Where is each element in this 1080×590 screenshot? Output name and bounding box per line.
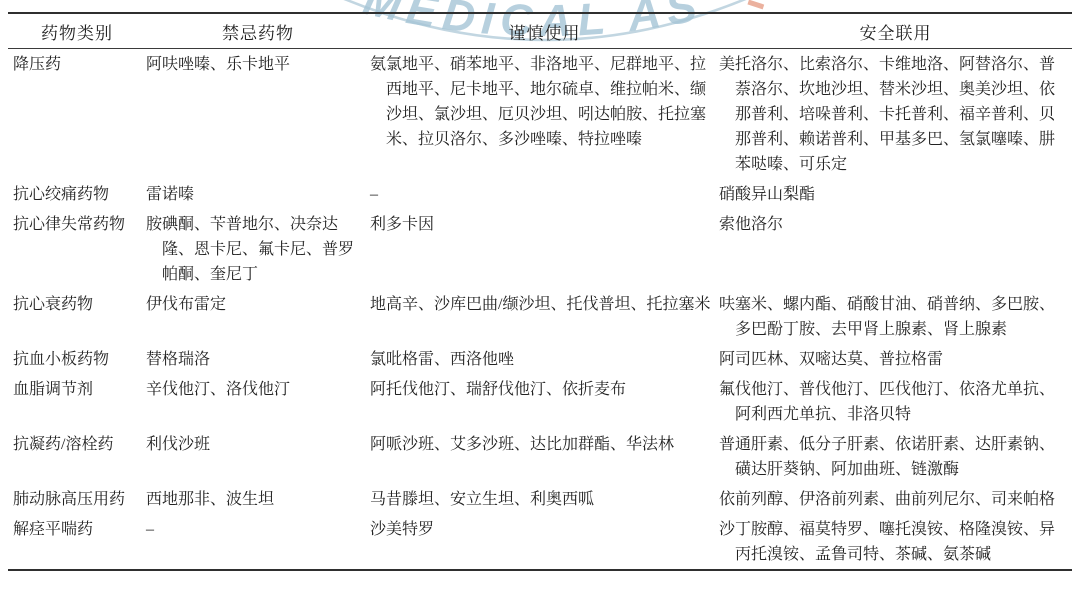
column-header-safe: 安全联用 xyxy=(719,13,1072,49)
column-header-caution: 谨慎使用 xyxy=(370,13,719,49)
header-row: 药物类别 禁忌药物 谨慎使用 安全联用 xyxy=(8,13,1072,49)
drug-interaction-table-container: 药物类别 禁忌药物 谨慎使用 安全联用 降压药 阿呋唑嗪、乐卡地平 氨氯地平、硝… xyxy=(8,12,1072,571)
table-row: 血脂调节剂 辛伐他汀、洛伐他汀 阿托伐他汀、瑞舒伐他汀、依折麦布 氟伐他汀、普伐… xyxy=(8,374,1072,429)
cell-safe: 索他洛尔 xyxy=(719,209,1072,289)
cell-safe: 普通肝素、低分子肝素、依诺肝素、达肝素钠、磺达肝葵钠、阿加曲班、链激酶 xyxy=(719,429,1072,484)
column-header-forbidden: 禁忌药物 xyxy=(146,13,370,49)
table-row: 抗心衰药物 伊伐布雷定 地高辛、沙库巴曲/缬沙坦、托伐普坦、托拉塞米 呋塞米、螺… xyxy=(8,289,1072,344)
table-row: 解痉平喘药 – 沙美特罗 沙丁胺醇、福莫特罗、噻托溴铵、格隆溴铵、异丙托溴铵、孟… xyxy=(8,514,1072,570)
cell-forbidden: 伊伐布雷定 xyxy=(146,289,370,344)
cell-category: 抗凝药/溶栓药 xyxy=(8,429,146,484)
cell-caution: 利多卡因 xyxy=(370,209,719,289)
cell-safe: 氟伐他汀、普伐他汀、匹伐他汀、依洛尤单抗、阿利西尤单抗、非洛贝特 xyxy=(719,374,1072,429)
table-row: 降压药 阿呋唑嗪、乐卡地平 氨氯地平、硝苯地平、非洛地平、尼群地平、拉西地平、尼… xyxy=(8,49,1072,180)
table-row: 抗血小板药物 替格瑞洛 氯吡格雷、西洛他唑 阿司匹林、双嘧达莫、普拉格雷 xyxy=(8,344,1072,374)
column-header-category: 药物类别 xyxy=(8,13,146,49)
table-row: 抗心律失常药物 胺碘酮、苄普地尔、决奈达隆、恩卡尼、氟卡尼、普罗帕酮、奎尼丁 利… xyxy=(8,209,1072,289)
cell-caution: 马昔滕坦、安立生坦、利奥西呱 xyxy=(370,484,719,514)
cell-safe: 美托洛尔、比索洛尔、卡维地洛、阿替洛尔、普萘洛尔、坎地沙坦、替米沙坦、奥美沙坦、… xyxy=(719,49,1072,180)
cell-category: 抗血小板药物 xyxy=(8,344,146,374)
cell-category: 降压药 xyxy=(8,49,146,180)
cell-forbidden: 利伐沙班 xyxy=(146,429,370,484)
drug-interaction-table: 药物类别 禁忌药物 谨慎使用 安全联用 降压药 阿呋唑嗪、乐卡地平 氨氯地平、硝… xyxy=(8,12,1072,571)
cell-category: 抗心绞痛药物 xyxy=(8,179,146,209)
cell-caution: 阿托伐他汀、瑞舒伐他汀、依折麦布 xyxy=(370,374,719,429)
cell-caution: 地高辛、沙库巴曲/缬沙坦、托伐普坦、托拉塞米 xyxy=(370,289,719,344)
table-row: 肺动脉高压用药 西地那非、波生坦 马昔滕坦、安立生坦、利奥西呱 依前列醇、伊洛前… xyxy=(8,484,1072,514)
table-row: 抗心绞痛药物 雷诺嗪 – 硝酸异山梨酯 xyxy=(8,179,1072,209)
stamp-accent-mark xyxy=(747,0,764,9)
cell-safe: 沙丁胺醇、福莫特罗、噻托溴铵、格隆溴铵、异丙托溴铵、孟鲁司特、茶碱、氨茶碱 xyxy=(719,514,1072,570)
cell-caution: 氨氯地平、硝苯地平、非洛地平、尼群地平、拉西地平、尼卡地平、地尔硫卓、维拉帕米、… xyxy=(370,49,719,180)
cell-forbidden: – xyxy=(146,514,370,570)
cell-safe: 依前列醇、伊洛前列素、曲前列尼尔、司来帕格 xyxy=(719,484,1072,514)
cell-caution: 氯吡格雷、西洛他唑 xyxy=(370,344,719,374)
cell-forbidden: 西地那非、波生坦 xyxy=(146,484,370,514)
cell-forbidden: 雷诺嗪 xyxy=(146,179,370,209)
cell-safe: 呋塞米、螺内酯、硝酸甘油、硝普纳、多巴胺、多巴酚丁胺、去甲肾上腺素、肾上腺素 xyxy=(719,289,1072,344)
cell-forbidden: 胺碘酮、苄普地尔、决奈达隆、恩卡尼、氟卡尼、普罗帕酮、奎尼丁 xyxy=(146,209,370,289)
cell-caution: – xyxy=(370,179,719,209)
cell-caution: 阿哌沙班、艾多沙班、达比加群酯、华法林 xyxy=(370,429,719,484)
cell-forbidden: 替格瑞洛 xyxy=(146,344,370,374)
cell-category: 解痉平喘药 xyxy=(8,514,146,570)
cell-forbidden: 辛伐他汀、洛伐他汀 xyxy=(146,374,370,429)
cell-category: 抗心衰药物 xyxy=(8,289,146,344)
cell-caution: 沙美特罗 xyxy=(370,514,719,570)
cell-category: 肺动脉高压用药 xyxy=(8,484,146,514)
cell-safe: 阿司匹林、双嘧达莫、普拉格雷 xyxy=(719,344,1072,374)
cell-category: 血脂调节剂 xyxy=(8,374,146,429)
cell-forbidden: 阿呋唑嗪、乐卡地平 xyxy=(146,49,370,180)
cell-category: 抗心律失常药物 xyxy=(8,209,146,289)
table-row: 抗凝药/溶栓药 利伐沙班 阿哌沙班、艾多沙班、达比加群酯、华法林 普通肝素、低分… xyxy=(8,429,1072,484)
cell-safe: 硝酸异山梨酯 xyxy=(719,179,1072,209)
